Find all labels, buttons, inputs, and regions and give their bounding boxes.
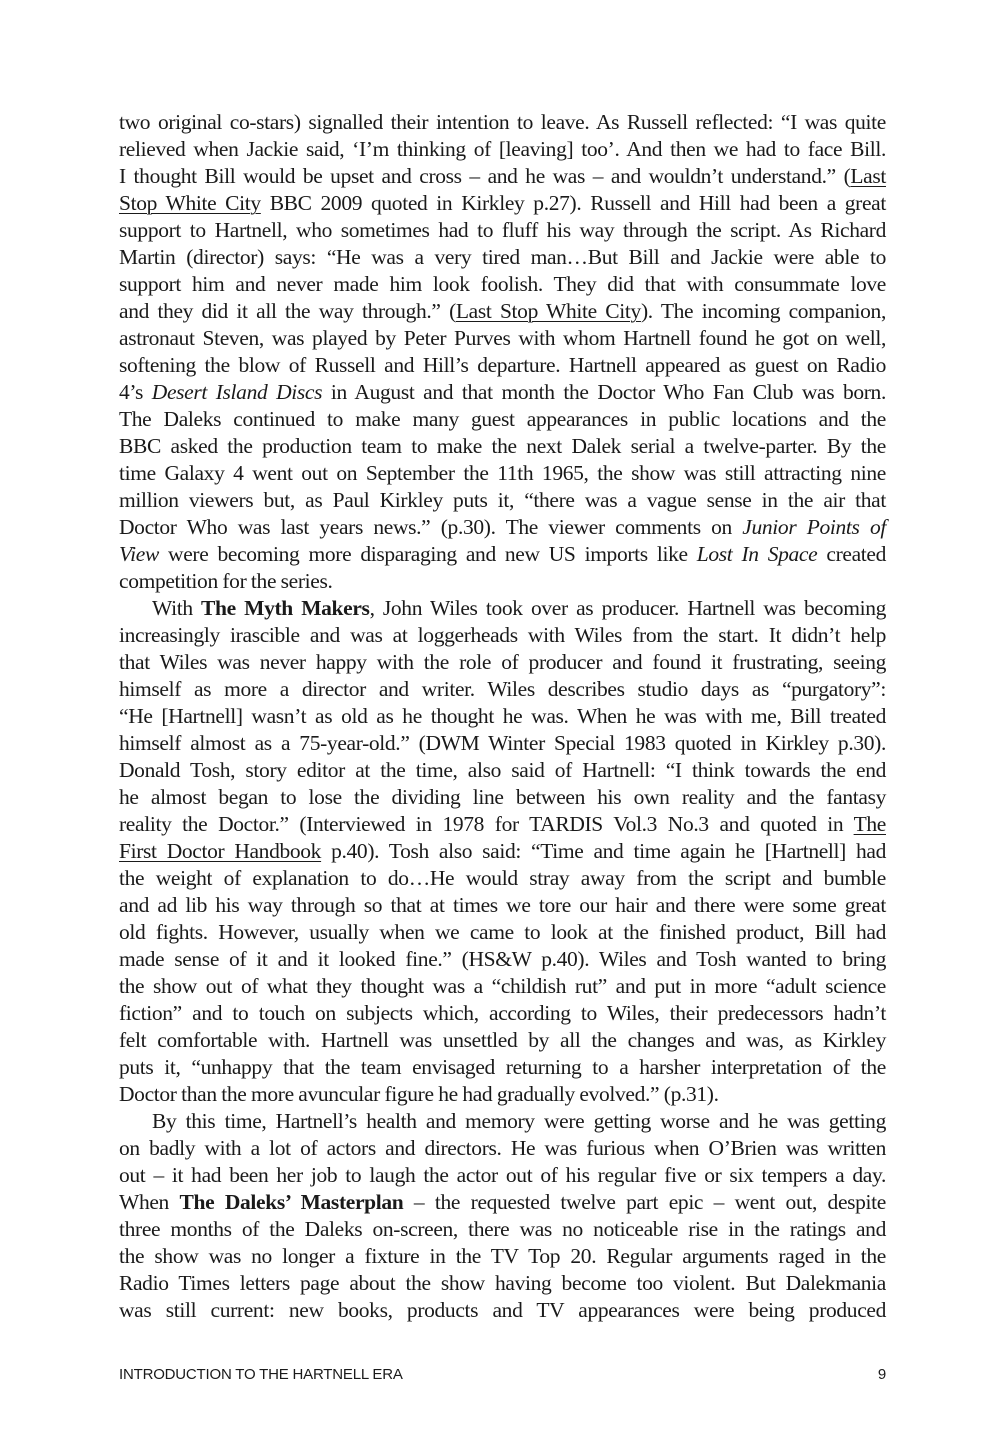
- underlined-title: The: [854, 812, 886, 836]
- text-run: old fights. However, usually when we cam…: [119, 920, 886, 944]
- text-line: Doctor than the more avuncular figure he…: [119, 1081, 886, 1108]
- text-run: support him and never made him look fool…: [119, 272, 886, 296]
- text-line: himself as more a director and writer. W…: [119, 676, 886, 703]
- text-run: on badly with a lot of actors and direct…: [119, 1136, 886, 1160]
- text-run: two original co-stars) signalled their i…: [119, 110, 886, 134]
- text-run: The Daleks continued to make many guest …: [119, 407, 886, 431]
- text-run: million viewers but, as Paul Kirkley put…: [119, 488, 886, 512]
- text-run: competition for the series.: [119, 569, 333, 593]
- body-text: two original co-stars) signalled their i…: [119, 109, 886, 1324]
- text-line: reality the Doctor.” (Interviewed in 197…: [119, 811, 886, 838]
- text-run: time Galaxy 4 went out on September the …: [119, 461, 886, 485]
- document-page: two original co-stars) signalled their i…: [0, 0, 1004, 1441]
- text-line: the show out of what they thought was a …: [119, 973, 886, 1000]
- text-line: three months of the Daleks on-screen, th…: [119, 1216, 886, 1243]
- text-line: million viewers but, as Paul Kirkley put…: [119, 487, 886, 514]
- page-footer: INTRODUCTION TO THE HARTNELL ERA 9: [119, 1366, 886, 1388]
- text-line: astronaut Steven, was played by Peter Pu…: [119, 325, 886, 352]
- text-line: fiction” and to touch on subjects which,…: [119, 1000, 886, 1027]
- text-run: 4’s: [119, 380, 152, 404]
- text-run: Doctor Who was last years news.” (p.30).…: [119, 515, 742, 539]
- text-run: Donald Tosh, story editor at the time, a…: [119, 758, 886, 782]
- text-run: created: [817, 542, 886, 566]
- underlined-title: First Doctor Handbook: [119, 839, 321, 863]
- text-run: three months of the Daleks on-screen, th…: [119, 1217, 886, 1241]
- text-run: “He [Hartnell] wasn’t as old as he thoug…: [119, 704, 886, 728]
- text-run: – the requested twelve part epic – went …: [403, 1190, 886, 1214]
- text-line: felt comfortable with. Hartnell was unse…: [119, 1027, 886, 1054]
- text-line: and ad lib his way through so that at ti…: [119, 892, 886, 919]
- text-run: himself almost as a 75-year-old.” (DWM W…: [119, 731, 886, 755]
- italic-title: Junior Points of: [742, 515, 886, 539]
- text-run: the weight of explanation to do…He would…: [119, 866, 886, 890]
- italic-title: Desert Island Discs: [152, 380, 322, 404]
- text-line: “He [Hartnell] wasn’t as old as he thoug…: [119, 703, 886, 730]
- text-line: the show was no longer a fixture in the …: [119, 1243, 886, 1270]
- text-run: softening the blow of Russell and Hill’s…: [119, 353, 886, 377]
- text-run: I thought Bill would be upset and cross …: [119, 164, 850, 188]
- text-run: and ad lib his way through so that at ti…: [119, 893, 886, 917]
- text-run: astronaut Steven, was played by Peter Pu…: [119, 326, 886, 350]
- text-run: With: [152, 596, 201, 620]
- text-line: time Galaxy 4 went out on September the …: [119, 460, 886, 487]
- text-run: BBC 2009 quoted in Kirkley p.27). Russel…: [261, 191, 886, 215]
- text-line: puts it, “unhappy that the team envisage…: [119, 1054, 886, 1081]
- text-run: support to Hartnell, who sometimes had t…: [119, 218, 886, 242]
- text-run: and they did it all the way through.” (: [119, 299, 456, 323]
- text-line: Radio Times letters page about the show …: [119, 1270, 886, 1297]
- text-run: increasingly irascible and was at logger…: [119, 623, 886, 647]
- text-line: Donald Tosh, story editor at the time, a…: [119, 757, 886, 784]
- text-run: himself as more a director and writer. W…: [119, 677, 886, 701]
- text-run: felt comfortable with. Hartnell was unse…: [119, 1028, 886, 1052]
- text-run: made sense of it and it looked fine.” (H…: [119, 947, 886, 971]
- text-line: support to Hartnell, who sometimes had t…: [119, 217, 886, 244]
- text-line: Stop White City BBC 2009 quoted in Kirkl…: [119, 190, 886, 217]
- text-line: 4’s Desert Island Discs in August and th…: [119, 379, 886, 406]
- text-line: View were becoming more disparaging and …: [119, 541, 886, 568]
- italic-title: View: [119, 542, 159, 566]
- text-line: that Wiles was never happy with the role…: [119, 649, 886, 676]
- text-run: Martin (director) says: “He was a very t…: [119, 245, 886, 269]
- text-line: on badly with a lot of actors and direct…: [119, 1135, 886, 1162]
- underlined-title: Stop White City: [119, 191, 261, 215]
- text-line: The Daleks continued to make many guest …: [119, 406, 886, 433]
- text-run: puts it, “unhappy that the team envisage…: [119, 1055, 886, 1079]
- text-line: the weight of explanation to do…He would…: [119, 865, 886, 892]
- text-run: that Wiles was never happy with the role…: [119, 650, 886, 674]
- text-line: Martin (director) says: “He was a very t…: [119, 244, 886, 271]
- text-line: increasingly irascible and was at logger…: [119, 622, 886, 649]
- text-line: competition for the series.: [119, 568, 886, 595]
- text-run: he almost began to lose the dividing lin…: [119, 785, 886, 809]
- text-run: were becoming more disparaging and new U…: [159, 542, 697, 566]
- text-run: the show out of what they thought was a …: [119, 974, 886, 998]
- text-run: BBC asked the production team to make th…: [119, 434, 886, 458]
- text-run: ). The incoming companion,: [641, 299, 886, 323]
- text-run: in August and that month the Doctor Who …: [322, 380, 886, 404]
- text-line: I thought Bill would be upset and cross …: [119, 163, 886, 190]
- italic-title: Lost In Space: [697, 542, 818, 566]
- text-run: , John Wiles took over as producer. Hart…: [370, 596, 886, 620]
- page-number: 9: [878, 1366, 886, 1383]
- text-run: out – it had been her job to laugh the a…: [119, 1163, 886, 1187]
- underlined-title: Last Stop White City: [456, 299, 641, 323]
- text-line: and they did it all the way through.” (L…: [119, 298, 886, 325]
- text-run: was still current: new books, products a…: [119, 1298, 886, 1322]
- text-line: Doctor Who was last years news.” (p.30).…: [119, 514, 886, 541]
- text-line: made sense of it and it looked fine.” (H…: [119, 946, 886, 973]
- text-line: was still current: new books, products a…: [119, 1297, 886, 1324]
- text-line: he almost began to lose the dividing lin…: [119, 784, 886, 811]
- text-run: When: [119, 1190, 179, 1214]
- text-line: BBC asked the production team to make th…: [119, 433, 886, 460]
- text-line: First Doctor Handbook p.40). Tosh also s…: [119, 838, 886, 865]
- text-run: Radio Times letters page about the show …: [119, 1271, 886, 1295]
- text-line: When The Daleks’ Masterplan – the reques…: [119, 1189, 886, 1216]
- bold-serial-title: The Daleks’ Masterplan: [179, 1190, 403, 1214]
- text-line: With The Myth Makers, John Wiles took ov…: [119, 595, 886, 622]
- text-run: By this time, Hartnell’s health and memo…: [152, 1109, 886, 1133]
- text-line: softening the blow of Russell and Hill’s…: [119, 352, 886, 379]
- text-line: two original co-stars) signalled their i…: [119, 109, 886, 136]
- text-run: relieved when Jackie said, ‘I’m thinking…: [119, 137, 886, 161]
- text-line: By this time, Hartnell’s health and memo…: [119, 1108, 886, 1135]
- text-line: old fights. However, usually when we cam…: [119, 919, 886, 946]
- text-run: the show was no longer a fixture in the …: [119, 1244, 886, 1268]
- text-line: out – it had been her job to laugh the a…: [119, 1162, 886, 1189]
- text-line: himself almost as a 75-year-old.” (DWM W…: [119, 730, 886, 757]
- text-run: fiction” and to touch on subjects which,…: [119, 1001, 886, 1025]
- text-run: p.40). Tosh also said: “Time and time ag…: [321, 839, 886, 863]
- running-head: INTRODUCTION TO THE HARTNELL ERA: [119, 1366, 403, 1383]
- underlined-title: Last: [850, 164, 886, 188]
- text-line: relieved when Jackie said, ‘I’m thinking…: [119, 136, 886, 163]
- text-run: reality the Doctor.” (Interviewed in 197…: [119, 812, 854, 836]
- bold-serial-title: The Myth Makers: [201, 596, 370, 620]
- text-line: support him and never made him look fool…: [119, 271, 886, 298]
- text-run: Doctor than the more avuncular figure he…: [119, 1082, 719, 1106]
